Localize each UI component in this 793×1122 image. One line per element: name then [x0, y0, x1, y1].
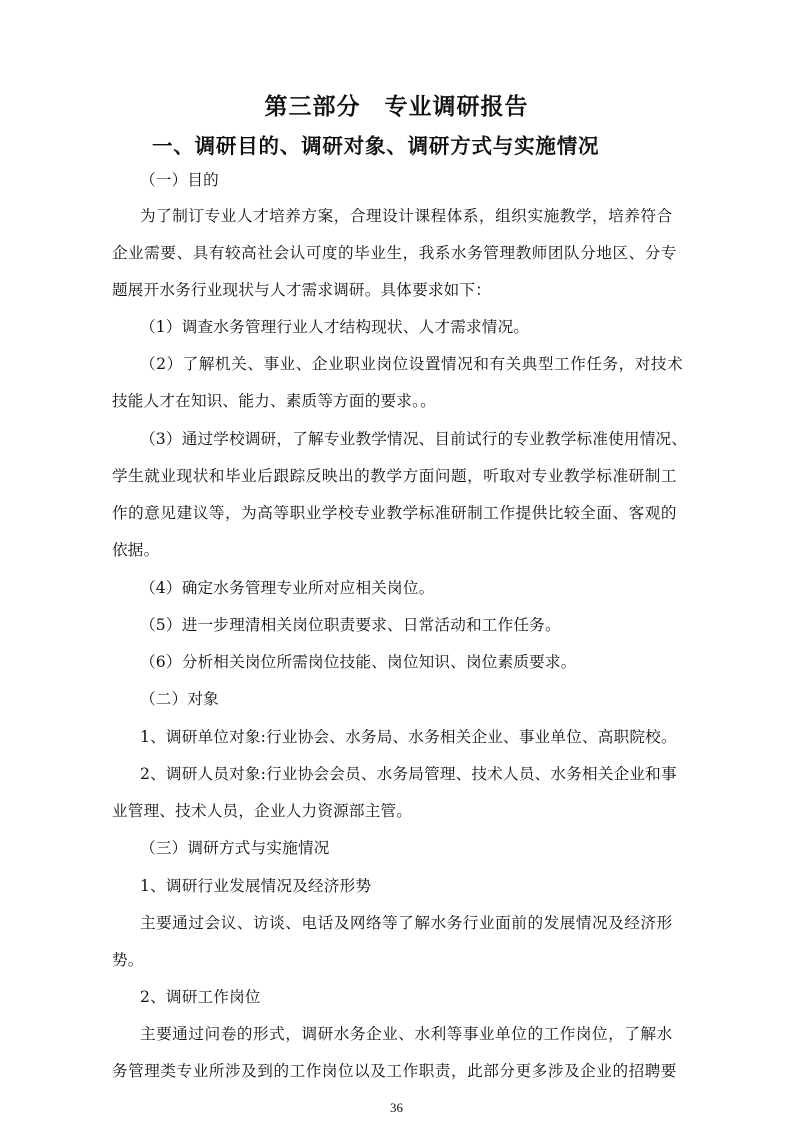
- list-item: 2、调研人员对象:行业协会会员、水务局管理、技术人员、水务相关企业和事: [140, 764, 677, 784]
- list-item-continuation: 技能人才在知识、能力、素质等方面的要求。。: [112, 391, 436, 411]
- subsection-heading-purpose: （一）目的: [140, 170, 219, 190]
- document-page: 第三部分 专业调研报告 一、调研目的、调研对象、调研方式与实施情况 （一）目的 …: [0, 0, 793, 1122]
- list-item: （4）确定水务管理专业所对应相关岗位。: [140, 578, 434, 598]
- paragraph-line: 为了制订专业人才培养方案，合理设计课程体系，组织实施教学，培养符合: [140, 206, 673, 226]
- paragraph-line: 主要通过会议、访谈、电话及网络等了解水务行业面前的发展情况及经济形: [140, 913, 673, 933]
- list-item-continuation: 依据。: [112, 540, 159, 560]
- method-heading: 1、调研行业发展情况及经济形势: [140, 876, 371, 896]
- document-title: 第三部分 专业调研报告: [0, 92, 793, 122]
- paragraph-line: 题展开水务行业现状与人才需求调研。具体要求如下：: [112, 280, 491, 300]
- list-item: （5）进一步理清相关岗位职责要求、日常活动和工作任务。: [140, 615, 561, 635]
- list-item: （3）通过学校调研，了解专业教学情况、目前试行的专业教学标准使用情况、: [140, 429, 687, 449]
- list-item-continuation: 业管理、技术人员，企业人力资源部主管。: [112, 801, 412, 821]
- method-heading: 2、调研工作岗位: [140, 987, 261, 1007]
- paragraph-line: 务管理类专业所涉及到的工作岗位以及工作职责，此部分更多涉及企业的招聘要: [112, 1061, 677, 1081]
- list-item-continuation: 学生就业现状和毕业后跟踪反映出的教学方面问题，听取对专业教学标准研制工: [112, 466, 677, 486]
- paragraph-line: 企业需要、具有较高社会认可度的毕业生，我系水务管理教师团队分地区、分专: [112, 243, 677, 263]
- paragraph-line: 主要通过问卷的形式，调研水务企业、水利等事业单位的工作岗位，了解水: [140, 1024, 673, 1044]
- subsection-heading-targets: （二）对象: [140, 689, 219, 709]
- list-item: （2）了解机关、事业、企业职业岗位设置情况和有关典型工作任务，对技术: [140, 354, 683, 374]
- list-item: 1、调研单位对象:行业协会、水务局、水务相关企业、事业单位、高职院校。: [140, 727, 677, 747]
- section-heading: 一、调研目的、调研对象、调研方式与实施情况: [152, 132, 599, 160]
- subsection-heading-methods: （三）调研方式与实施情况: [140, 838, 330, 858]
- list-item-continuation: 作的意见建议等，为高等职业学校专业教学标准研制工作提供比较全面、客观的: [112, 503, 677, 523]
- page-number: 36: [0, 1100, 793, 1116]
- paragraph-line: 势。: [112, 950, 144, 970]
- list-item: （6）分析相关岗位所需岗位技能、岗位知识、岗位素质要求。: [140, 652, 577, 672]
- list-item: （1）调查水务管理行业人才结构现状、人才需求情况。: [140, 317, 529, 337]
